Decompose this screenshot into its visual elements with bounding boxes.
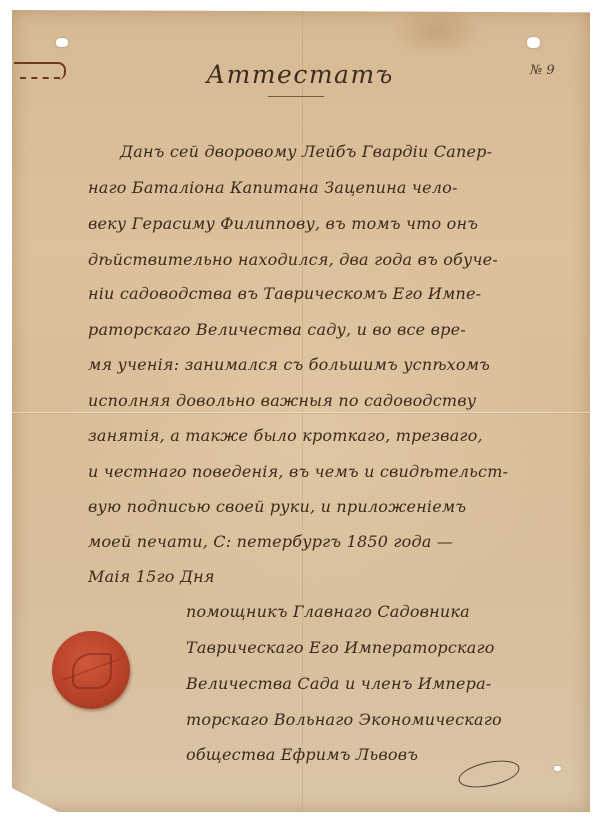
horizontal-fold [12,412,590,414]
body-line: Данъ сей дворовому Лейбъ Гвардіи Сапер- [120,142,492,161]
body-line: исполняя довольно важныя по садоводству [88,391,476,410]
title-underline [268,96,324,97]
body-line: и честнаго поведенія, въ чемъ и свидѣтел… [88,462,508,481]
document-number: № 9 [530,63,555,78]
body-line: мя ученія: занимался съ большимъ успѣхом… [88,355,490,374]
body-line: моей печати, С: петербургъ 1850 года — [88,532,453,551]
signature-line: помощникъ Главнаго Садовника [186,602,470,621]
body-line: ніи садоводства въ Таврическомъ Его Импе… [88,284,481,303]
document-title: Аттестатъ [0,60,600,89]
body-line: дѣйствительно находился, два года въ обу… [88,250,498,269]
body-line: занятія, а также было кроткаго, трезваго… [88,426,483,445]
body-line: вую подписью своей руки, и приложеніемъ [88,497,466,516]
date-line: Маія 15го Дня [88,567,215,586]
wax-seal-icon [52,631,130,709]
punch-hole [554,766,561,771]
punch-hole [527,37,540,48]
body-line: раторскаго Величества саду, и во все вре… [88,320,466,339]
signature-line: торскаго Вольнаго Экономическаго [186,710,502,729]
signature-name: общества Ефримъ Львовъ [186,745,418,764]
signature-line: Величества Сада и членъ Импера- [186,674,491,693]
body-line: веку Герасиму Филиппову, въ томъ что онъ [88,214,478,233]
signature-line: Таврическаго Его Императорскаго [186,638,495,657]
punch-hole [56,38,68,47]
body-line: наго Баталіона Капитана Зацепина чело- [88,178,458,197]
